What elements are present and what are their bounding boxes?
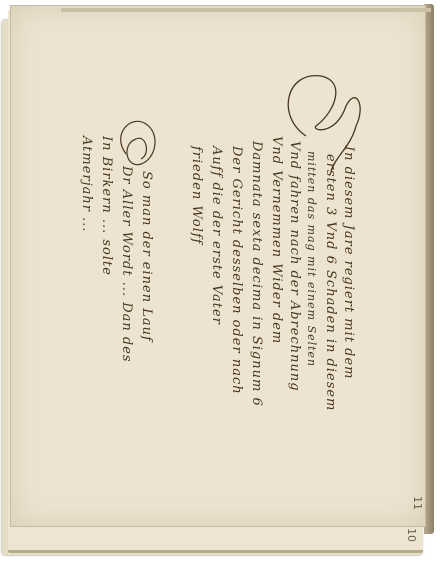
text-line: So man der einen Lauf <box>139 171 154 342</box>
text-line: In Birkern ... solte <box>99 136 114 276</box>
text-line: frieden Wolff <box>189 146 204 244</box>
text-line: Damnata sexta decima in Signum 6 <box>249 141 264 407</box>
text-line: Vnd Vernemmen Wider dem <box>269 136 284 344</box>
text-line: In diesem Jare regiert mit dem <box>341 146 356 379</box>
page-top-edge <box>61 8 431 12</box>
text-line: Vnd fahren nach der Abrechnung <box>287 141 302 392</box>
manuscript-page: In diesem Jare regiert mit dem ersten 3 … <box>10 5 426 527</box>
text-line: Atmerjahr ... <box>79 136 94 233</box>
text-line: Der Gericht desselben oder nach <box>229 146 244 395</box>
text-line: ersten 3 Vnd 6 Schaden in diesem <box>323 154 338 411</box>
text-line: Auff die der erste Vater <box>209 146 224 325</box>
text-line: Dr Aller Wordt ... Dan des <box>119 166 134 363</box>
text-line: mitten das mag mit einem Selten <box>305 151 318 367</box>
underlying-folio-number: 10 <box>405 528 418 542</box>
folio-number: 11 <box>411 496 424 510</box>
decorative-initial-s <box>111 114 171 174</box>
